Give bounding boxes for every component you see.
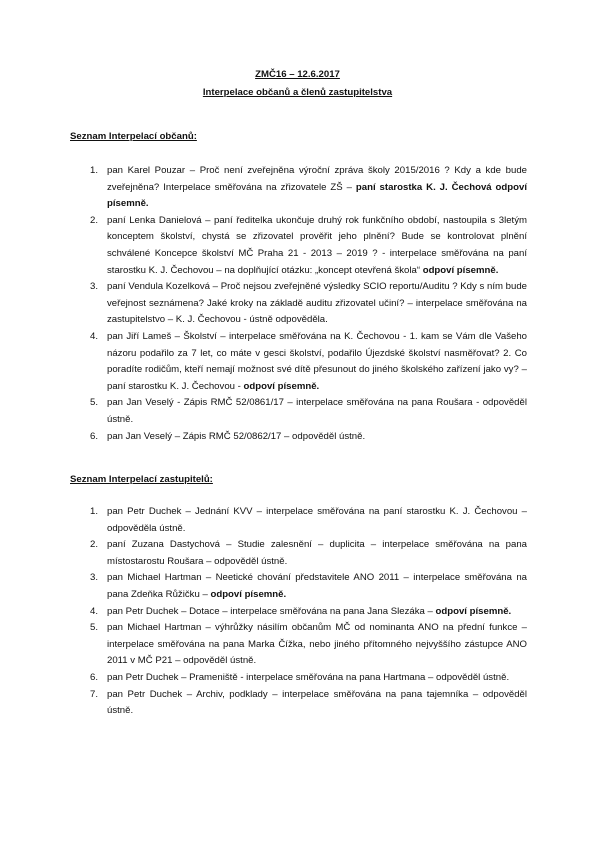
item-response: odpoví písemně. — [436, 606, 512, 617]
item-text: paní Vendula Kozelková – Proč nejsou zve… — [107, 281, 527, 325]
councillors-interpellation-list: 1.pan Petr Duchek – Jednání KVV – interp… — [70, 504, 527, 720]
item-response: odpoví písemně. — [244, 381, 320, 392]
item-number: 7. — [90, 687, 98, 704]
item-number: 6. — [90, 429, 98, 446]
item-number: 4. — [90, 329, 98, 346]
document-page: ZMČ16 – 12.6.2017 Interpelace občanů a č… — [0, 0, 595, 842]
document-subtitle: Interpelace občanů a členů zastupitelstv… — [0, 87, 595, 98]
list-item: 3.pan Michael Hartman – Neetické chování… — [70, 570, 527, 603]
list-item: 7.pan Petr Duchek – Archiv, podklady – i… — [70, 687, 527, 720]
item-text: pan Petr Duchek – Prameniště - interpela… — [107, 672, 509, 683]
list-item: 2.paní Lenka Danielová – paní ředitelka … — [70, 213, 527, 279]
item-response: odpoví písemně. — [210, 589, 286, 600]
list-item: 5.pan Jan Veselý - Zápis RMČ 52/0861/17 … — [70, 395, 527, 428]
item-number: 1. — [90, 504, 98, 521]
item-text: pan Michael Hartman – Neetické chování p… — [107, 572, 527, 600]
item-text: pan Petr Duchek – Jednání KVV – interpel… — [107, 506, 527, 534]
item-text: pan Jan Veselý - Zápis RMČ 52/0861/17 – … — [107, 397, 527, 425]
item-number: 2. — [90, 213, 98, 230]
list-item: 6.pan Jan Veselý – Zápis RMČ 52/0862/17 … — [70, 429, 527, 446]
list-item: 3.paní Vendula Kozelková – Proč nejsou z… — [70, 279, 527, 329]
item-response: odpoví písemně. — [423, 265, 499, 276]
list-item: 1.pan Petr Duchek – Jednání KVV – interp… — [70, 504, 527, 537]
citizens-section-heading: Seznam Interpelací občanů: — [70, 131, 197, 142]
list-item: 2.paní Zuzana Dastychová – Studie zalesn… — [70, 537, 527, 570]
list-item: 4.pan Jiří Lameš – Školství – interpelac… — [70, 329, 527, 395]
list-item: 1.pan Karel Pouzar – Proč není zveřejněn… — [70, 163, 527, 213]
list-item: 6.pan Petr Duchek – Prameniště - interpe… — [70, 670, 527, 687]
item-number: 3. — [90, 570, 98, 587]
item-text: pan Petr Duchek – Dotace – interpelace s… — [107, 606, 436, 617]
item-number: 6. — [90, 670, 98, 687]
councillors-section-heading: Seznam Interpelací zastupitelů: — [70, 474, 213, 485]
item-number: 3. — [90, 279, 98, 296]
item-number: 4. — [90, 604, 98, 621]
item-text: pan Petr Duchek – Archiv, podklady – int… — [107, 689, 527, 717]
item-text: paní Zuzana Dastychová – Studie zalesněn… — [107, 539, 527, 567]
citizens-interpellation-list: 1.pan Karel Pouzar – Proč není zveřejněn… — [70, 163, 527, 445]
item-text: pan Jan Veselý – Zápis RMČ 52/0862/17 – … — [107, 431, 365, 442]
document-title: ZMČ16 – 12.6.2017 — [0, 69, 595, 80]
item-text: pan Michael Hartman – výhrůžky násilím o… — [107, 622, 527, 666]
item-number: 5. — [90, 395, 98, 412]
item-number: 2. — [90, 537, 98, 554]
item-number: 5. — [90, 620, 98, 637]
item-number: 1. — [90, 163, 98, 180]
list-item: 5.pan Michael Hartman – výhrůžky násilím… — [70, 620, 527, 670]
list-item: 4.pan Petr Duchek – Dotace – interpelace… — [70, 604, 527, 621]
